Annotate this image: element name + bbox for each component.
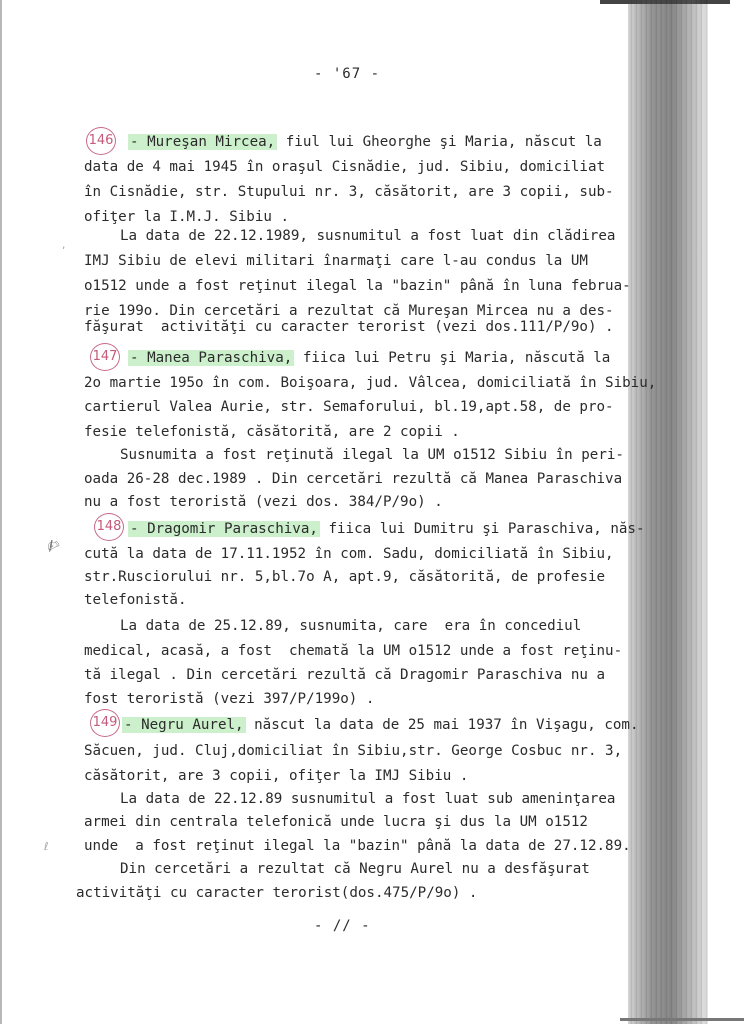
entry-text: Susnumita a fost reţinută ilegal la UM o… (120, 445, 624, 465)
entry-text: data de 4 mai 1945 în oraşul Cisnădie, j… (84, 157, 605, 177)
entry-text: căsătorit, are 3 copii, ofiţer la IMJ Si… (84, 766, 468, 786)
scanned-document-page: - '67 - 146 - Mureşan Mircea, fiul lui G… (0, 0, 744, 1024)
scan-bottom-edge (620, 1018, 744, 1021)
highlighted-name: - Mureşan Mircea, (128, 134, 277, 150)
entry-text: nu a fost teroristă (vezi dos. 384/P/9o)… (84, 492, 443, 512)
scan-left-edge (0, 0, 2, 1024)
entry-text: cută la data de 17.11.1952 în com. Sadu,… (84, 544, 614, 564)
entry-text: Săcuen, jud. Cluj,domiciliat în Sibiu,st… (84, 741, 622, 761)
entry-heading: - Dragomir Paraschiva, fiica lui Dumitru… (128, 519, 645, 539)
entry-text: fiica lui Petru şi Maria, născută la (294, 350, 610, 366)
entry-text: unde a fost reţinut ilegal la "bazin" pâ… (84, 836, 631, 856)
entry-text: str.Rusciorului nr. 5,bl.7o A, apt.9, că… (84, 567, 605, 587)
entry-heading: - Negru Aurel, născut la data de 25 mai … (122, 715, 639, 735)
highlighted-name: - Manea Paraschiva, (128, 350, 294, 366)
entry-text: fiul lui Gheorghe şi Maria, născut la (277, 134, 602, 150)
entry-text: o1512 unde a fost reţinut ilegal la "baz… (84, 276, 631, 296)
scan-artifact-band (628, 0, 708, 1024)
entry-text: ofiţer la I.M.J. Sibiu . (84, 207, 289, 227)
entry-text: armei din centrala telefonică unde lucra… (84, 812, 588, 832)
entry-text: oada 26-28 dec.1989 . Din cercetări rezu… (84, 469, 622, 489)
entry-text: La data de 22.12.89 susnumitul a fost lu… (120, 789, 615, 809)
entry-text: medical, acasă, a fost chemată la UM o15… (84, 641, 622, 661)
entry-text: La data de 25.12.89, susnumita, care era… (120, 616, 581, 636)
pen-scribble-icon: ℓ (44, 840, 49, 853)
page-number: - '67 - (314, 66, 380, 82)
entry-text: telefonistă. (84, 590, 187, 610)
entry-text: născut la data de 25 mai 1937 în Vişagu,… (246, 717, 639, 733)
stray-mark-icon: ‚ (62, 240, 65, 251)
entry-number-circle: 146 (86, 127, 116, 155)
entry-heading: - Manea Paraschiva, fiica lui Petru şi M… (128, 348, 610, 368)
entry-text: La data de 22.12.1989, susnumitul a fost… (120, 226, 615, 246)
entry-text: cartierul Valea Aurie, str. Semaforului,… (84, 397, 614, 417)
pen-scribble-icon: ✍ (42, 534, 63, 557)
entry-text: fesie telefonistă, căsătorită, are 2 cop… (84, 422, 460, 442)
entry-text: IMJ Sibiu de elevi militari înarmaţi car… (84, 251, 588, 271)
entry-text: în Cisnădie, str. Stupului nr. 3, căsăto… (84, 182, 614, 202)
entry-number-circle: 148 (94, 513, 124, 541)
entry-text: făşurat activităţi cu caracter terorist … (84, 317, 614, 337)
entry-text: tă ilegal . Din cercetări rezultă că Dra… (84, 665, 605, 685)
entry-text: Din cercetări a rezultat că Negru Aurel … (120, 859, 590, 879)
page-footer: - // - (314, 918, 371, 934)
entry-number-circle: 147 (90, 343, 120, 371)
highlighted-name: - Dragomir Paraschiva, (128, 521, 320, 537)
entry-text: fiica lui Dumitru şi Paraschiva, năs- (320, 521, 645, 537)
entry-text: fost teroristă (vezi 397/P/199o) . (84, 689, 374, 709)
entry-number-circle: 149 (90, 709, 120, 737)
highlighted-name: - Negru Aurel, (122, 717, 246, 733)
entry-text: 2o martie 195o în com. Boişoara, jud. Vâ… (84, 373, 656, 393)
entry-heading: - Mureşan Mircea, fiul lui Gheorghe şi M… (128, 132, 602, 152)
entry-text: activităţi cu caracter terorist(dos.475/… (76, 883, 477, 903)
